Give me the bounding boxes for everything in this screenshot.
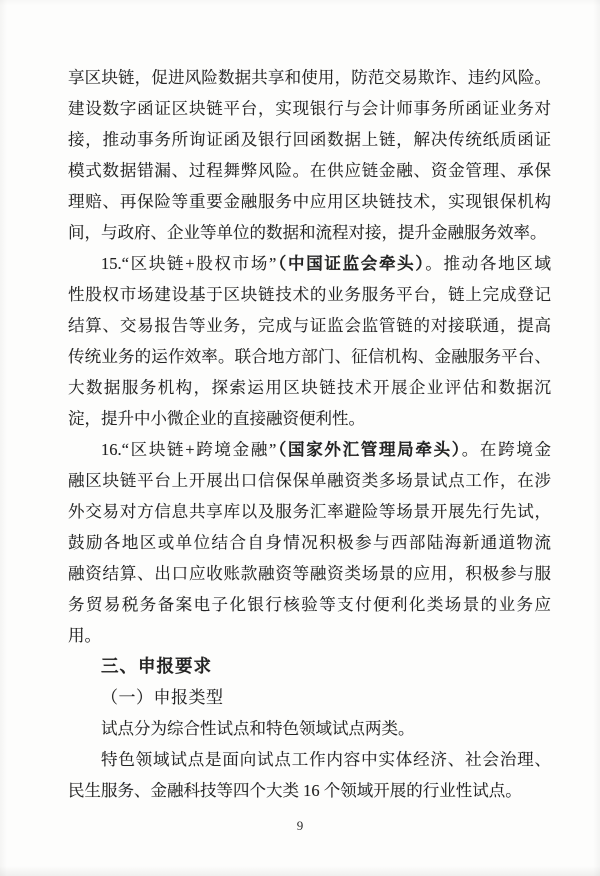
text-run: 模式数据错漏、过程舞弊风险。在供应链金融、资金管理、承保 bbox=[68, 161, 551, 180]
text-run: 。在跨境金 bbox=[462, 440, 551, 459]
text-run: （一）申报类型 bbox=[101, 688, 224, 707]
text-run: 外交易对方信息共享库以及服务汇率避险等场景开展先行先试， bbox=[68, 502, 551, 521]
para-pilot-types: 试点分为综合性试点和特色领域试点两类。 bbox=[68, 713, 551, 744]
text-run: 15.“区块链+股权市场” bbox=[101, 254, 276, 273]
text-run: 融区块链平台上开展出口信保保单融资类多场景试点工作，在涉 bbox=[68, 471, 551, 490]
text-run: 特色领域试点是面向试点工作内容中实体经济、社会治理、 bbox=[101, 750, 551, 769]
text-run: 民生服务、金融科技等四个大类 16 个领域开展的行业性试点。 bbox=[68, 781, 522, 800]
text-run: 鼓励各地区或单位结合自身情况积极参与西部陆海新通道物流 bbox=[68, 533, 551, 552]
text-run: 建设数字函证区块链平台，实现银行与会计师事务所函证业务对 bbox=[68, 99, 551, 118]
para-15-equity-market: 15.“区块链+股权市场”（中国证监会牵头）。推动各地区域性股权市场建设基于区块… bbox=[68, 248, 551, 434]
lead-agency-bold-text: （国家外汇管理局牵头） bbox=[276, 440, 461, 459]
text-line: 间，与政府、企业等单位的数据和流程对接，提升金融服务效率。 bbox=[68, 217, 551, 248]
section-heading-application-requirements: 三、申报要求 bbox=[68, 651, 551, 682]
text-line: 外交易对方信息共享库以及服务汇率避险等场景开展先行先试， bbox=[68, 496, 551, 527]
text-line: 接，推动事务所询证函及银行回函数据上链，解决传统纸质函证 bbox=[68, 124, 551, 155]
text-run: 结算、交易报告等业务，完成与证监会监管链的对接联通，提高 bbox=[68, 316, 551, 335]
text-line: 15.“区块链+股权市场”（中国证监会牵头）。推动各地区域 bbox=[68, 248, 551, 279]
text-run: 务贸易税务备案电子化银行核验等支付便利化类场景的业务应 bbox=[68, 595, 551, 614]
page-number: 9 bbox=[0, 814, 600, 838]
para-special-field-pilots: 特色领域试点是面向试点工作内容中实体经济、社会治理、民生服务、金融科技等四个大类… bbox=[68, 744, 551, 806]
text-line: 大数据服务机构，探索运用区块链技术开展企业评估和数据沉 bbox=[68, 372, 551, 403]
text-run: 理赔、再保险等重要金融服务中应用区块链技术，实现银保机构 bbox=[68, 192, 551, 211]
para-14-continuation: 享区块链，促进风险数据共享和使用，防范交易欺诈、违约风险。建设数字函证区块链平台… bbox=[68, 62, 551, 248]
text-line: 融资结算、出口应收账款融资等融资类场景的应用，积极参与服 bbox=[68, 558, 551, 589]
text-line: 民生服务、金融科技等四个大类 16 个领域开展的行业性试点。 bbox=[68, 775, 551, 806]
text-run: 淀，提升中小微企业的直接融资便利性。 bbox=[68, 409, 365, 428]
subsection-heading-application-types: （一）申报类型 bbox=[68, 682, 551, 713]
text-line: 鼓励各地区或单位结合自身情况积极参与西部陆海新通道物流 bbox=[68, 527, 551, 558]
text-line: 模式数据错漏、过程舞弊风险。在供应链金融、资金管理、承保 bbox=[68, 155, 551, 186]
text-run: 试点分为综合性试点和特色领域试点两类。 bbox=[101, 719, 415, 738]
text-run: 间，与政府、企业等单位的数据和流程对接，提升金融服务效率。 bbox=[68, 223, 547, 242]
lead-agency-bold-text: （中国证监会牵头） bbox=[276, 254, 425, 273]
text-line: 性股权市场建设基于区块链技术的业务服务平台，链上完成登记 bbox=[68, 279, 551, 310]
text-run: 用。 bbox=[68, 626, 101, 645]
text-line: 融区块链平台上开展出口信保保单融资类多场景试点工作，在涉 bbox=[68, 465, 551, 496]
text-line: 务贸易税务备案电子化银行核验等支付便利化类场景的业务应 bbox=[68, 589, 551, 620]
text-run: 三、申报要求 bbox=[101, 656, 212, 676]
scanned-document-page: 享区块链，促进风险数据共享和使用，防范交易欺诈、违约风险。建设数字函证区块链平台… bbox=[0, 0, 600, 876]
text-line: 试点分为综合性试点和特色领域试点两类。 bbox=[68, 713, 551, 744]
section-heading-application-requirements: 三、申报要求 bbox=[68, 651, 551, 682]
text-line: 特色领域试点是面向试点工作内容中实体经济、社会治理、 bbox=[68, 744, 551, 775]
text-run: 性股权市场建设基于区块链技术的业务服务平台，链上完成登记 bbox=[68, 285, 551, 304]
text-run: 大数据服务机构，探索运用区块链技术开展企业评估和数据沉 bbox=[68, 378, 551, 397]
text-run: 16.“区块链+跨境金融” bbox=[101, 440, 276, 459]
text-line: 理赔、再保险等重要金融服务中应用区块链技术，实现银保机构 bbox=[68, 186, 551, 217]
text-run: 融资结算、出口应收账款融资等融资类场景的应用，积极参与服 bbox=[68, 564, 551, 583]
text-line: 淀，提升中小微企业的直接融资便利性。 bbox=[68, 403, 551, 434]
text-line: 用。 bbox=[68, 620, 551, 651]
text-run: 。推动各地区域 bbox=[425, 254, 551, 273]
text-column: 享区块链，促进风险数据共享和使用，防范交易欺诈、违约风险。建设数字函证区块链平台… bbox=[68, 62, 551, 806]
text-run: 接，推动事务所询证函及银行回函数据上链，解决传统纸质函证 bbox=[68, 130, 551, 149]
text-line: 传统业务的运作效率。联合地方部门、征信机构、金融服务平台、 bbox=[68, 341, 551, 372]
text-run: 享区块链，促进风险数据共享和使用，防范交易欺诈、违约风险。 bbox=[68, 68, 551, 87]
text-line: 16.“区块链+跨境金融”（国家外汇管理局牵头）。在跨境金 bbox=[68, 434, 551, 465]
text-line: 享区块链，促进风险数据共享和使用，防范交易欺诈、违约风险。 bbox=[68, 62, 551, 93]
text-line: 建设数字函证区块链平台，实现银行与会计师事务所函证业务对 bbox=[68, 93, 551, 124]
subsection-heading-application-types: （一）申报类型 bbox=[68, 682, 551, 713]
para-16-cross-border-finance: 16.“区块链+跨境金融”（国家外汇管理局牵头）。在跨境金融区块链平台上开展出口… bbox=[68, 434, 551, 651]
text-line: 结算、交易报告等业务，完成与证监会监管链的对接联通，提高 bbox=[68, 310, 551, 341]
text-run: 传统业务的运作效率。联合地方部门、征信机构、金融服务平台、 bbox=[68, 347, 551, 366]
